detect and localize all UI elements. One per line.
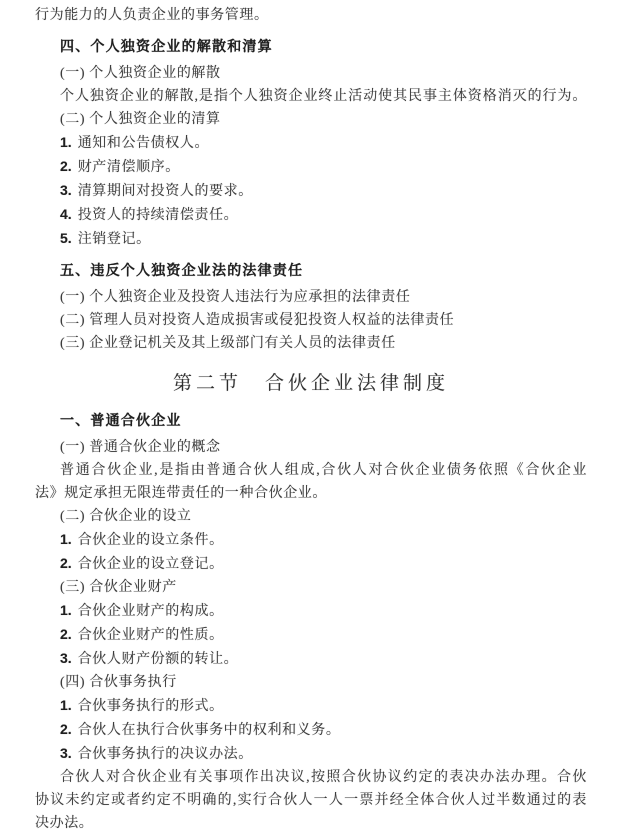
list-item: 1.合伙企业财产的构成。	[35, 599, 587, 623]
sub-heading: (三) 企业登记机关及其上级部门有关人员的法律责任	[35, 332, 587, 355]
list-item-text: 合伙人财产份额的转让。	[78, 652, 239, 667]
list-item-number: 5.	[60, 230, 72, 246]
document-body: 行为能力的人负责企业的事务管理。四、个人独资企业的解散和清算(一) 个人独资企业…	[35, 4, 587, 829]
chapter-heading: 一、普通合伙企业	[35, 409, 587, 432]
sub-heading: (二) 管理人员对投资人造成损害或侵犯投资人权益的法律责任	[35, 309, 587, 332]
list-item-number: 4.	[60, 206, 72, 222]
paragraph-line: 决办法。	[35, 812, 587, 829]
paragraph-line: 协议未约定或者约定不明确的,实行合伙人一人一票并经全体合伙人过半数通过的表	[35, 789, 587, 812]
document-page: 行为能力的人负责企业的事务管理。四、个人独资企业的解散和清算(一) 个人独资企业…	[0, 0, 620, 829]
list-item-number: 3.	[60, 650, 72, 666]
list-item-number: 3.	[60, 182, 72, 198]
paragraph-line: 合伙人对合伙企业有关事项作出决议,按照合伙协议约定的表决办法办理。合伙	[35, 766, 587, 789]
list-item: 4.投资人的持续清偿责任。	[35, 203, 587, 227]
list-item-number: 2.	[60, 158, 72, 174]
chapter-heading: 五、违反个人独资企业法的法律责任	[35, 259, 587, 282]
list-item-text: 合伙企业的设立登记。	[78, 557, 224, 572]
list-item-text: 合伙企业财产的性质。	[78, 628, 224, 643]
list-item: 3.清算期间对投资人的要求。	[35, 179, 587, 203]
list-item-text: 合伙人在执行合伙事务中的权利和义务。	[78, 723, 341, 738]
section-title: 第二节 合伙企业法律制度	[35, 369, 587, 399]
sub-heading: (四) 合伙事务执行	[35, 671, 587, 694]
list-item-number: 2.	[60, 555, 72, 571]
list-item: 3.合伙人财产份额的转让。	[35, 647, 587, 671]
list-item: 3.合伙事务执行的决议办法。	[35, 742, 587, 766]
list-item-text: 通知和公告债权人。	[78, 136, 209, 151]
list-item-text: 清算期间对投资人的要求。	[78, 184, 253, 199]
list-item-number: 2.	[60, 721, 72, 737]
paragraph-line: 个人独资企业的解散,是指个人独资企业终止活动使其民事主体资格消灭的行为。	[35, 85, 587, 108]
list-item-text: 投资人的持续清偿责任。	[78, 208, 239, 223]
list-item-text: 合伙企业的设立条件。	[78, 533, 224, 548]
list-item-text: 财产清偿顺序。	[78, 160, 180, 175]
list-item: 2.合伙企业财产的性质。	[35, 623, 587, 647]
sub-heading: (一) 普通合伙企业的概念	[35, 436, 587, 459]
list-item-number: 1.	[60, 602, 72, 618]
sub-heading: (二) 合伙企业的设立	[35, 505, 587, 528]
list-item: 2.合伙人在执行合伙事务中的权利和义务。	[35, 718, 587, 742]
list-item: 2.财产清偿顺序。	[35, 155, 587, 179]
paragraph-line: 法》规定承担无限连带责任的一种合伙企业。	[35, 482, 587, 505]
paragraph-line: 普通合伙企业,是指由普通合伙人组成,合伙人对合伙企业债务依照《合伙企业	[35, 459, 587, 482]
list-item: 5.注销登记。	[35, 227, 587, 251]
paragraph-line: 行为能力的人负责企业的事务管理。	[35, 4, 587, 27]
list-item: 2.合伙企业的设立登记。	[35, 552, 587, 576]
list-item-number: 2.	[60, 626, 72, 642]
list-item-number: 1.	[60, 134, 72, 150]
list-item-number: 1.	[60, 531, 72, 547]
sub-heading: (一) 个人独资企业的解散	[35, 62, 587, 85]
list-item: 1.合伙事务执行的形式。	[35, 694, 587, 718]
sub-heading: (三) 合伙企业财产	[35, 576, 587, 599]
list-item-number: 1.	[60, 697, 72, 713]
list-item-text: 合伙企业财产的构成。	[78, 604, 224, 619]
list-item-text: 合伙事务执行的形式。	[78, 699, 224, 714]
sub-heading: (二) 个人独资企业的清算	[35, 108, 587, 131]
chapter-heading: 四、个人独资企业的解散和清算	[35, 35, 587, 58]
list-item-text: 注销登记。	[78, 232, 151, 247]
sub-heading: (一) 个人独资企业及投资人违法行为应承担的法律责任	[35, 286, 587, 309]
list-item-number: 3.	[60, 745, 72, 761]
list-item: 1.通知和公告债权人。	[35, 131, 587, 155]
list-item: 1.合伙企业的设立条件。	[35, 528, 587, 552]
list-item-text: 合伙事务执行的决议办法。	[78, 747, 253, 762]
